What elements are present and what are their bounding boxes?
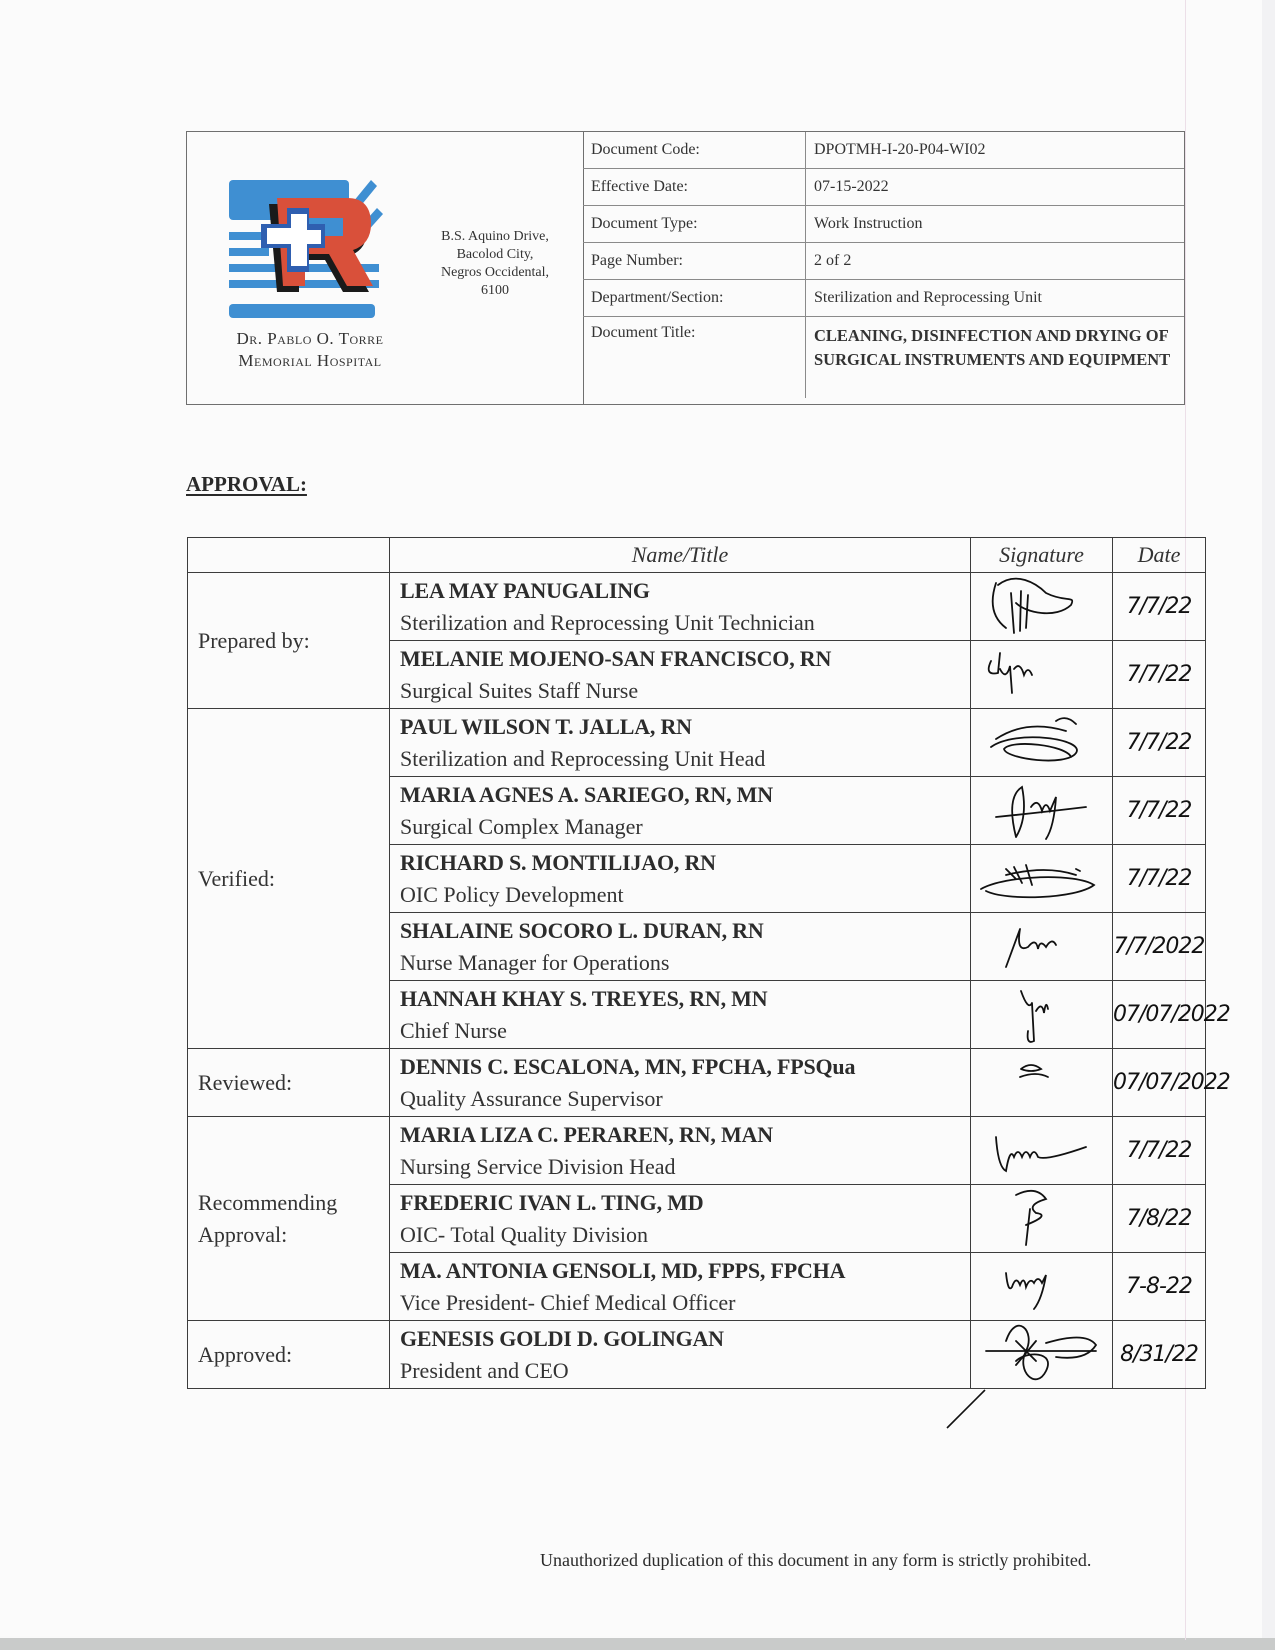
signature-date: 7/7/22 bbox=[1113, 709, 1206, 777]
meta-label: Effective Date: bbox=[583, 169, 806, 206]
signature-cell bbox=[971, 1321, 1113, 1389]
name-title-cell: GENESIS GOLDI D. GOLINGANPresident and C… bbox=[390, 1321, 971, 1389]
person-title: Surgical Complex Manager bbox=[400, 811, 970, 843]
signature-date: 7/7/22 bbox=[1113, 573, 1206, 641]
signature-date: 7/7/2022 bbox=[1113, 913, 1206, 981]
signature-cell bbox=[971, 709, 1113, 777]
approval-role: Verified: bbox=[188, 709, 390, 1049]
column-header-role bbox=[188, 538, 390, 573]
signature-cell bbox=[971, 777, 1113, 845]
signature-icon bbox=[971, 777, 1111, 843]
signature-date: 7/7/22 bbox=[1113, 641, 1206, 709]
person-title: Sterilization and Reprocessing Unit Head bbox=[400, 743, 970, 775]
page-edge bbox=[1262, 0, 1275, 1650]
signature-icon bbox=[971, 1185, 1111, 1251]
approval-role: Recommending Approval: bbox=[188, 1117, 390, 1321]
signature-cell bbox=[971, 641, 1113, 709]
signature-icon bbox=[971, 1117, 1111, 1183]
hospital-block: Dr. Pablo O. Torre Memorial Hospital B.S… bbox=[187, 132, 584, 404]
signature-icon bbox=[971, 1321, 1111, 1387]
signature-date: 07/07/2022 bbox=[1113, 981, 1206, 1049]
name-title-cell: DENNIS C. ESCALONA, MN, FPCHA, FPSQuaQua… bbox=[390, 1049, 971, 1117]
approval-role: Approved: bbox=[188, 1321, 390, 1389]
table-row: Reviewed:DENNIS C. ESCALONA, MN, FPCHA, … bbox=[188, 1049, 1206, 1117]
document-type-value: Work Instruction bbox=[806, 206, 1185, 243]
signature-cell bbox=[971, 1049, 1113, 1117]
approval-role: Prepared by: bbox=[188, 573, 390, 709]
person-title: Chief Nurse bbox=[400, 1015, 970, 1047]
address-line: B.S. Aquino Drive, bbox=[413, 228, 577, 246]
approval-table: Name/Title Signature Date Prepared by:LE… bbox=[187, 537, 1206, 1389]
table-row: Verified:PAUL WILSON T. JALLA, RNSterili… bbox=[188, 709, 1206, 777]
person-title: Surgical Suites Staff Nurse bbox=[400, 675, 970, 707]
signature-date: 7/7/22 bbox=[1113, 777, 1206, 845]
approval-header-row: Name/Title Signature Date bbox=[188, 538, 1206, 573]
signature-cell bbox=[971, 1185, 1113, 1253]
meta-row: Document Type:Work Instruction bbox=[583, 206, 1184, 243]
person-name: GENESIS GOLDI D. GOLINGAN bbox=[400, 1321, 970, 1355]
document-title-value: CLEANING, DISINFECTION AND DRYING OF SUR… bbox=[806, 317, 1185, 399]
scan-bottom-edge bbox=[0, 1638, 1275, 1650]
table-row: Prepared by:LEA MAY PANUGALINGSterilizat… bbox=[188, 573, 1206, 641]
name-title-cell: MELANIE MOJENO-SAN FRANCISCO, RNSurgical… bbox=[390, 641, 971, 709]
signature-icon bbox=[971, 709, 1111, 775]
signature-cell bbox=[971, 573, 1113, 641]
hospital-name: Dr. Pablo O. Torre Memorial Hospital bbox=[195, 328, 425, 372]
meta-row: Document Code:DPOTMH-I-20-P04-WI02 bbox=[583, 132, 1184, 169]
meta-label: Department/Section: bbox=[583, 280, 806, 317]
name-title-cell: LEA MAY PANUGALINGSterilization and Repr… bbox=[390, 573, 971, 641]
address-line: Negros Occidental, bbox=[413, 264, 577, 282]
name-title-cell: FREDERIC IVAN L. TING, MDOIC- Total Qual… bbox=[390, 1185, 971, 1253]
person-name: SHALAINE SOCORO L. DURAN, RN bbox=[400, 913, 970, 947]
address-line: Bacolod City, bbox=[413, 246, 577, 264]
signature-date: 7/7/22 bbox=[1113, 845, 1206, 913]
person-name: DENNIS C. ESCALONA, MN, FPCHA, FPSQua bbox=[400, 1049, 970, 1083]
signature-icon bbox=[971, 1253, 1111, 1319]
signature-date: 07/07/2022 bbox=[1113, 1049, 1206, 1117]
person-name: MA. ANTONIA GENSOLI, MD, FPPS, FPCHA bbox=[400, 1253, 970, 1287]
name-title-cell: SHALAINE SOCORO L. DURAN, RNNurse Manage… bbox=[390, 913, 971, 981]
signature-icon bbox=[971, 573, 1111, 639]
document-code-value: DPOTMH-I-20-P04-WI02 bbox=[806, 132, 1185, 169]
name-title-cell: MA. ANTONIA GENSOLI, MD, FPPS, FPCHAVice… bbox=[390, 1253, 971, 1321]
signature-icon bbox=[971, 913, 1111, 979]
signature-cell bbox=[971, 1117, 1113, 1185]
person-title: OIC- Total Quality Division bbox=[400, 1219, 970, 1251]
signature-date: 7-8-22 bbox=[1113, 1253, 1206, 1321]
signature-cell bbox=[971, 1253, 1113, 1321]
signature-icon bbox=[971, 981, 1111, 1047]
person-name: MARIA AGNES A. SARIEGO, RN, MN bbox=[400, 777, 970, 811]
name-title-cell: MARIA AGNES A. SARIEGO, RN, MNSurgical C… bbox=[390, 777, 971, 845]
hospital-name-line1: Dr. Pablo O. Torre bbox=[195, 328, 425, 350]
signature-cell bbox=[971, 845, 1113, 913]
page-number-value: 2 of 2 bbox=[806, 243, 1185, 280]
signature-icon bbox=[971, 845, 1111, 911]
duplication-notice: Unauthorized duplication of this documen… bbox=[540, 1550, 1091, 1571]
person-name: MELANIE MOJENO-SAN FRANCISCO, RN bbox=[400, 641, 970, 675]
hospital-logo-icon bbox=[225, 172, 385, 322]
person-title: Nurse Manager for Operations bbox=[400, 947, 970, 979]
meta-row: Department/Section:Sterilization and Rep… bbox=[583, 280, 1184, 317]
name-title-cell: HANNAH KHAY S. TREYES, RN, MNChief Nurse bbox=[390, 981, 971, 1049]
column-header-signature: Signature bbox=[971, 538, 1113, 573]
person-title: Sterilization and Reprocessing Unit Tech… bbox=[400, 607, 970, 639]
effective-date-value: 07-15-2022 bbox=[806, 169, 1185, 206]
document-header: Dr. Pablo O. Torre Memorial Hospital B.S… bbox=[186, 131, 1185, 405]
person-title: President and CEO bbox=[400, 1355, 970, 1387]
name-title-cell: RICHARD S. MONTILIJAO, RNOIC Policy Deve… bbox=[390, 845, 971, 913]
person-title: Nursing Service Division Head bbox=[400, 1151, 970, 1183]
table-row: Recommending Approval:MARIA LIZA C. PERA… bbox=[188, 1117, 1206, 1185]
meta-label: Document Title: bbox=[583, 317, 806, 399]
signature-date: 7/8/22 bbox=[1113, 1185, 1206, 1253]
signature-icon bbox=[971, 641, 1111, 707]
hospital-address: B.S. Aquino Drive, Bacolod City, Negros … bbox=[413, 228, 577, 300]
meta-row: Page Number:2 of 2 bbox=[583, 243, 1184, 280]
hospital-name-line2: Memorial Hospital bbox=[195, 350, 425, 372]
person-name: LEA MAY PANUGALING bbox=[400, 573, 970, 607]
person-title: OIC Policy Development bbox=[400, 879, 970, 911]
signature-cell bbox=[971, 981, 1113, 1049]
signature-date: 7/7/22 bbox=[1113, 1117, 1206, 1185]
person-title: Vice President- Chief Medical Officer bbox=[400, 1287, 970, 1319]
name-title-cell: PAUL WILSON T. JALLA, RNSterilization an… bbox=[390, 709, 971, 777]
person-name: MARIA LIZA C. PERAREN, RN, MAN bbox=[400, 1117, 970, 1151]
signature-cell bbox=[971, 913, 1113, 981]
meta-row: Effective Date:07-15-2022 bbox=[583, 169, 1184, 206]
table-row: Approved:GENESIS GOLDI D. GOLINGANPresid… bbox=[188, 1321, 1206, 1389]
department-value: Sterilization and Reprocessing Unit bbox=[806, 280, 1185, 317]
address-line: 6100 bbox=[413, 282, 577, 300]
column-header-date: Date bbox=[1113, 538, 1206, 573]
name-title-cell: MARIA LIZA C. PERAREN, RN, MANNursing Se… bbox=[390, 1117, 971, 1185]
approval-role: Reviewed: bbox=[188, 1049, 390, 1117]
column-header-name-title: Name/Title bbox=[390, 538, 971, 573]
person-name: HANNAH KHAY S. TREYES, RN, MN bbox=[400, 981, 970, 1015]
person-name: FREDERIC IVAN L. TING, MD bbox=[400, 1185, 970, 1219]
meta-label: Document Code: bbox=[583, 132, 806, 169]
person-name: RICHARD S. MONTILIJAO, RN bbox=[400, 845, 970, 879]
signature-icon bbox=[971, 1049, 1111, 1115]
meta-label: Page Number: bbox=[583, 243, 806, 280]
signature-stroke-icon bbox=[945, 1390, 1025, 1430]
meta-row: Document Title:CLEANING, DISINFECTION AN… bbox=[583, 317, 1184, 399]
signature-date: 8/31/22 bbox=[1113, 1321, 1206, 1389]
approval-heading: APPROVAL: bbox=[186, 472, 307, 497]
document-metadata-table: Document Code:DPOTMH-I-20-P04-WI02 Effec… bbox=[583, 132, 1184, 398]
person-name: PAUL WILSON T. JALLA, RN bbox=[400, 709, 970, 743]
meta-label: Document Type: bbox=[583, 206, 806, 243]
person-title: Quality Assurance Supervisor bbox=[400, 1083, 970, 1115]
